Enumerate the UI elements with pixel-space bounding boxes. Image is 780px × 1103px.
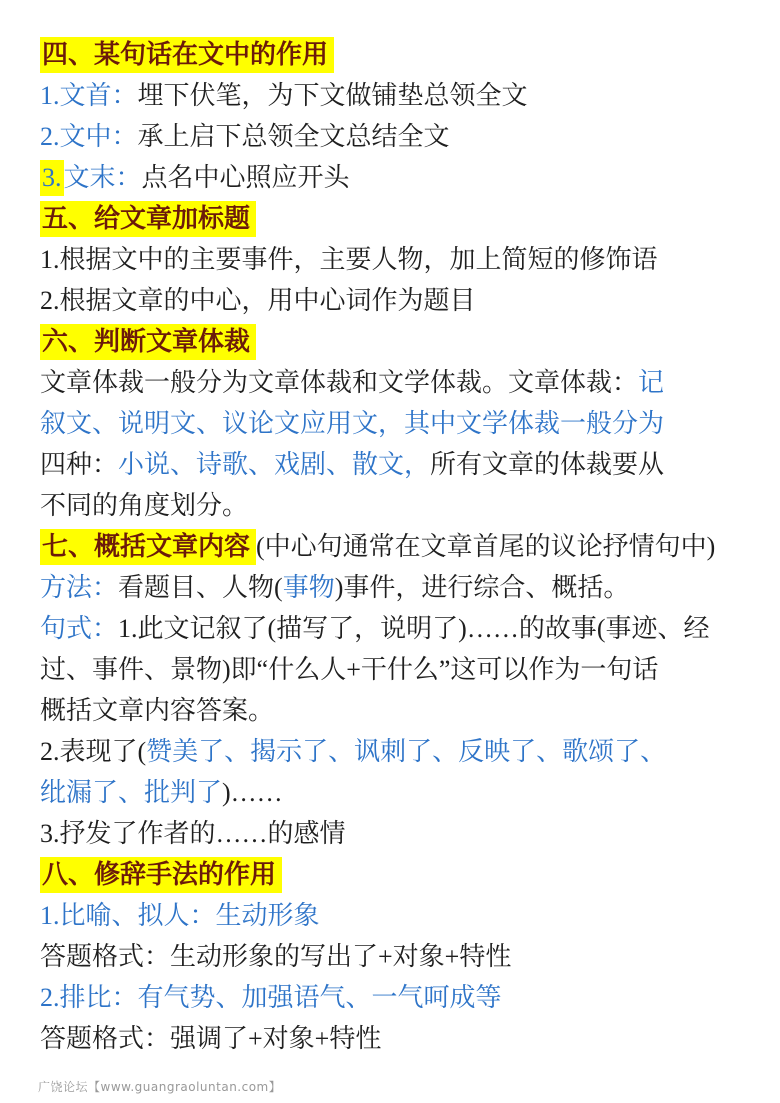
document-content: 四、某句话在文中的作用1.文首：埋下伏笔，为下文做铺垫总领全文2.文中：承上启下… <box>0 0 780 1059</box>
text-segment: 文末： <box>64 163 142 192</box>
text-segment: 四种： <box>40 450 118 479</box>
text-segment: 事物 <box>283 573 335 602</box>
text-line: 2.根据文章的中心，用中心词作为题目 <box>40 280 756 321</box>
section-heading: 六、判断文章体裁 <box>40 321 756 362</box>
text-segment: (中心句通常在文章首尾的议论抒情句中) <box>256 532 715 561</box>
text-segment: 点名中心照应开头 <box>142 163 350 192</box>
text-line: 答题格式：强调了+对象+特性 <box>40 1018 756 1059</box>
section-heading: 八、修辞手法的作用 <box>40 854 756 895</box>
footer-watermark: 广饶论坛【www.guangraoluntan.com】 <box>38 1078 281 1095</box>
highlighted-heading-text: 四、某句话在文中的作用 <box>40 37 334 73</box>
section-heading: 七、概括文章内容(中心句通常在文章首尾的议论抒情句中) <box>40 526 756 567</box>
text-segment: 1.文首： <box>40 81 138 110</box>
text-segment: 2.表现了( <box>40 737 146 766</box>
text-segment: 概括文章内容答案。 <box>40 696 274 725</box>
text-line: 答题格式：生动形象的写出了+对象+特性 <box>40 936 756 977</box>
text-segment: 2.文中： <box>40 122 138 151</box>
text-segment: 答题格式：强调了+对象+特性 <box>40 1024 381 1053</box>
text-line: 不同的角度划分。 <box>40 485 756 526</box>
text-segment: 埋下伏笔，为下文做铺垫总领全文 <box>138 81 528 110</box>
text-line: 纰漏了、批判了)…… <box>40 772 756 813</box>
highlighted-list-number: 3. <box>40 160 64 196</box>
text-segment: 方法： <box>40 573 118 602</box>
section-heading: 五、给文章加标题 <box>40 198 756 239</box>
text-line: 文章体裁一般分为文章体裁和文学体裁。文章体裁：记 <box>40 362 756 403</box>
highlighted-heading-text: 八、修辞手法的作用 <box>40 857 282 893</box>
text-segment: 记 <box>638 368 664 397</box>
text-segment: 所有文章的体裁要从 <box>430 450 664 479</box>
text-line: 1.根据文中的主要事件，主要人物，加上简短的修饰语 <box>40 239 756 280</box>
text-segment: 叙文、说明文、议论文应用文，其中文学体裁一般分为 <box>40 409 664 438</box>
text-line: 四种：小说、诗歌、戏剧、散文，所有文章的体裁要从 <box>40 444 756 485</box>
text-segment: 看题目、人物( <box>118 573 283 602</box>
document-page: 四、某句话在文中的作用1.文首：埋下伏笔，为下文做铺垫总领全文2.文中：承上启下… <box>0 0 780 1059</box>
text-segment: 赞美了、揭示了、讽刺了、反映了、歌颂了、 <box>146 737 666 766</box>
text-segment: 小说、诗歌、戏剧、散文， <box>118 450 430 479</box>
text-line: 3.抒发了作者的……的感情 <box>40 813 756 854</box>
text-line: 2.表现了(赞美了、揭示了、讽刺了、反映了、歌颂了、 <box>40 731 756 772</box>
text-segment: 1.此文记叙了(描写了，说明了)……的故事(事迹、经 <box>118 614 709 643</box>
section-heading: 四、某句话在文中的作用 <box>40 34 756 75</box>
text-segment: 1.比喻、拟人：生动形象 <box>40 901 320 930</box>
text-segment: 不同的角度划分。 <box>40 491 248 520</box>
text-line: 过、事件、景物)即“什么人+干什么”这可以作为一句话 <box>40 649 756 690</box>
text-segment: 答题格式：生动形象的写出了+对象+特性 <box>40 942 511 971</box>
highlighted-heading-text: 五、给文章加标题 <box>40 201 256 237</box>
text-segment: 2.根据文章的中心，用中心词作为题目 <box>40 286 476 315</box>
highlighted-heading-text: 六、判断文章体裁 <box>40 324 256 360</box>
text-line: 句式：1.此文记叙了(描写了，说明了)……的故事(事迹、经 <box>40 608 756 649</box>
text-segment: 句式： <box>40 614 118 643</box>
text-line: 2.排比：有气势、加强语气、一气呵成等 <box>40 977 756 1018</box>
text-segment: 过、事件、景物)即“什么人+干什么”这可以作为一句话 <box>40 655 658 684</box>
text-line: 1.比喻、拟人：生动形象 <box>40 895 756 936</box>
text-segment: 纰漏了、批判了 <box>40 778 222 807</box>
text-line: 叙文、说明文、议论文应用文，其中文学体裁一般分为 <box>40 403 756 444</box>
text-segment: 承上启下总领全文总结全文 <box>138 122 450 151</box>
text-line: 概括文章内容答案。 <box>40 690 756 731</box>
highlighted-heading-text: 七、概括文章内容 <box>40 529 256 565</box>
text-line: 1.文首：埋下伏笔，为下文做铺垫总领全文 <box>40 75 756 116</box>
text-segment: 3.抒发了作者的……的感情 <box>40 819 346 848</box>
text-line: 方法：看题目、人物(事物)事件，进行综合、概括。 <box>40 567 756 608</box>
text-line: 3.文末：点名中心照应开头 <box>40 157 756 198</box>
text-segment: )事件，进行综合、概括。 <box>335 573 630 602</box>
text-segment: 1.根据文中的主要事件，主要人物，加上简短的修饰语 <box>40 245 658 274</box>
text-segment: 2.排比：有气势、加强语气、一气呵成等 <box>40 983 502 1012</box>
text-segment: 文章体裁一般分为文章体裁和文学体裁。文章体裁： <box>40 368 638 397</box>
text-line: 2.文中：承上启下总领全文总结全文 <box>40 116 756 157</box>
text-segment: )…… <box>222 778 283 807</box>
